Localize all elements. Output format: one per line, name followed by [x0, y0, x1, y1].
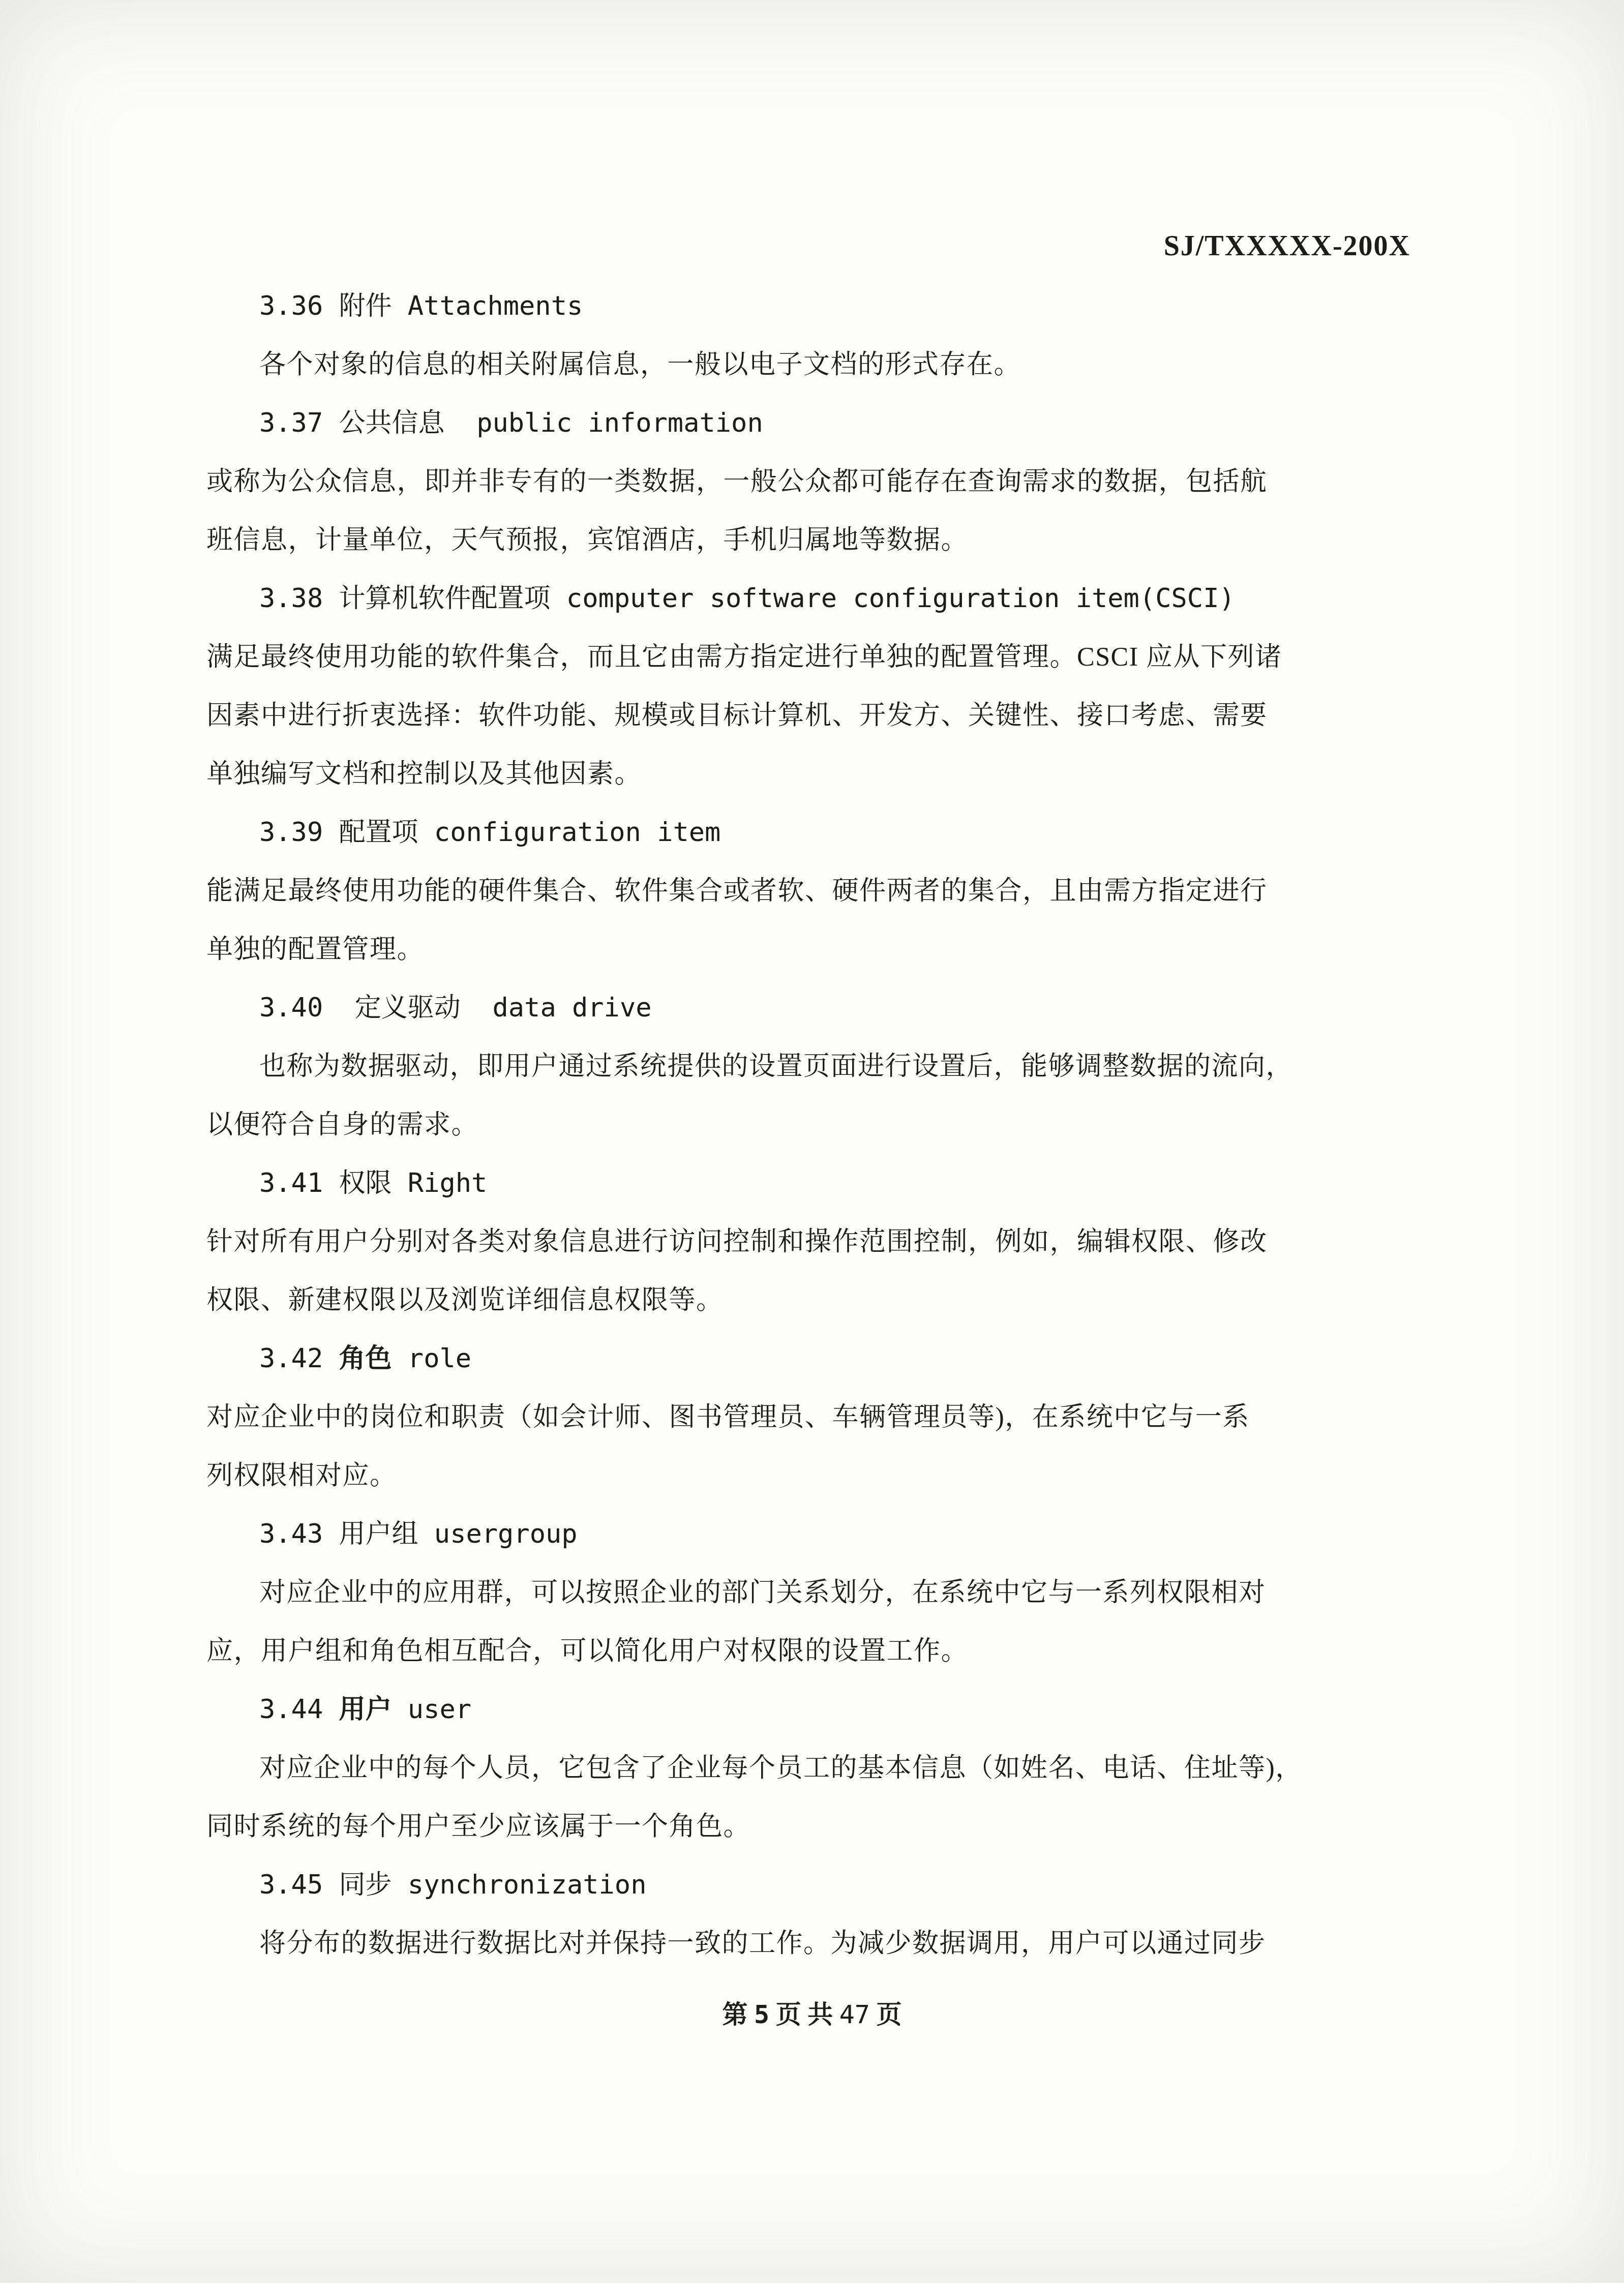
term-name-cn: 计算机软件配置项: [339, 584, 551, 613]
footer-suffix: 页: [870, 2000, 902, 2029]
definition-line: 能满足最终使用功能的硬件集合、软件集合或者软、硬件两者的集合，且由需方指定进行: [206, 862, 1427, 920]
term-name-cn: 公共信息: [339, 409, 445, 438]
term-section: 3.42 角色 role 对应企业中的岗位和职责（如会计师、图书管理员、车辆管理…: [206, 1330, 1427, 1505]
definition-line: 对应企业中的岗位和职责（如会计师、图书管理员、车辆管理员等)，在系统中它与一系: [206, 1388, 1427, 1447]
term-number: 3.40: [259, 993, 355, 1023]
term-number: 3.42: [259, 1343, 339, 1374]
definition-line: 同时系统的每个用户至少应该属于一个角色。: [206, 1797, 1427, 1856]
term-name-en: Attachments: [392, 291, 583, 321]
standard-number: SJ/TXXXXX-200X: [1164, 230, 1410, 262]
term-number: 3.37: [259, 408, 339, 438]
definition-line: 因素中进行折衷选择：软件功能、规模或目标计算机、开发方、关键性、接口考虑、需要: [206, 686, 1427, 745]
document-header: SJ/TXXXXX-200X: [1164, 230, 1410, 262]
term-section: 3.43 用户组 usergroup 对应企业中的应用群，可以按照企业的部门关系…: [206, 1505, 1427, 1680]
definition-line: 将分布的数据进行数据比对并保持一致的工作。为减少数据调用，用户可以通过同步: [206, 1914, 1427, 1973]
term-heading: 3.38 计算机软件配置项 computer software configur…: [206, 569, 1427, 628]
footer-mid: 页 共: [769, 2000, 839, 2029]
term-name-cn: 配置项: [339, 818, 418, 847]
footer-total-pages: 47: [839, 2000, 870, 2029]
term-heading: 3.40 定义驱动 data drive: [206, 979, 1427, 1037]
term-section: 3.37 公共信息 public information 或称为公众信息，即并非…: [206, 394, 1427, 569]
term-name-cn: 同步: [339, 1871, 392, 1900]
definition-line: 权限、新建权限以及浏览详细信息权限等。: [206, 1271, 1427, 1330]
terms-content: 3.36 附件 Attachments 各个对象的信息的相关附属信息，一般以电子…: [206, 277, 1427, 1973]
term-heading: 3.44 用户 user: [206, 1680, 1427, 1739]
definition-line: 或称为公众信息，即并非专有的一类数据，一般公众都可能存在查询需求的数据，包括航: [206, 453, 1427, 511]
term-heading: 3.37 公共信息 public information: [206, 394, 1427, 453]
term-number: 3.45: [259, 1870, 339, 1900]
footer-page-number: 5: [754, 2000, 769, 2029]
term-name-en: computer software configuration item(CSC…: [551, 583, 1235, 614]
term-number: 3.36: [259, 291, 339, 321]
definition-line: 班信息，计量单位，天气预报，宾馆酒店，手机归属地等数据。: [206, 511, 1427, 569]
term-name-en: configuration item: [418, 817, 721, 848]
term-heading: 3.45 同步 synchronization: [206, 1856, 1427, 1914]
definition-line: 各个对象的信息的相关附属信息，一般以电子文档的形式存在。: [206, 336, 1427, 394]
term-heading: 3.43 用户组 usergroup: [206, 1505, 1427, 1564]
term-section: 3.39 配置项 configuration item 能满足最终使用功能的硬件…: [206, 803, 1427, 979]
definition-line: 以便符合自身的需求。: [206, 1096, 1427, 1154]
term-heading: 3.42 角色 role: [206, 1330, 1427, 1388]
term-name-en: Right: [392, 1168, 488, 1198]
term-name-cn: 用户: [339, 1695, 392, 1724]
term-number: 3.41: [259, 1168, 339, 1198]
term-section: 3.36 附件 Attachments 各个对象的信息的相关附属信息，一般以电子…: [206, 277, 1427, 394]
term-name-en: data drive: [461, 993, 652, 1023]
term-number: 3.44: [259, 1694, 339, 1725]
term-name-en: user: [392, 1694, 472, 1725]
page-footer: 第 5 页 共 47 页: [0, 1986, 1624, 2044]
definition-line: 对应企业中的应用群，可以按照企业的部门关系划分，在系统中它与一系列权限相对: [206, 1564, 1427, 1622]
term-heading: 3.36 附件 Attachments: [206, 277, 1427, 336]
definition-line: 单独编写文档和控制以及其他因素。: [206, 745, 1427, 803]
term-section: 3.45 同步 synchronization 将分布的数据进行数据比对并保持一…: [206, 1856, 1427, 1973]
term-name-cn: 定义驱动: [355, 994, 461, 1023]
term-heading: 3.39 配置项 configuration item: [206, 803, 1427, 862]
definition-line: 也称为数据驱动，即用户通过系统提供的设置页面进行设置后，能够调整数据的流向，: [206, 1037, 1427, 1096]
document-page: SJ/TXXXXX-200X 3.36 附件 Attachments 各个对象的…: [0, 0, 1624, 2283]
term-name-cn: 权限: [339, 1169, 392, 1198]
term-name-cn: 用户组: [339, 1520, 418, 1549]
definition-line: 对应企业中的每个人员，它包含了企业每个员工的基本信息（如姓名、电话、住址等)，: [206, 1739, 1427, 1797]
term-name-en: public information: [445, 408, 763, 438]
definition-line: 应，用户组和角色相互配合，可以简化用户对权限的设置工作。: [206, 1622, 1427, 1680]
term-number: 3.39: [259, 817, 339, 848]
term-section: 3.40 定义驱动 data drive 也称为数据驱动，即用户通过系统提供的设…: [206, 979, 1427, 1154]
term-name-en: synchronization: [392, 1870, 647, 1900]
term-name-en: role: [392, 1343, 472, 1374]
term-name-cn: 附件: [339, 292, 392, 321]
definition-line: 单独的配置管理。: [206, 920, 1427, 979]
definition-line: 满足最终使用功能的软件集合，而且它由需方指定进行单独的配置管理。CSCI 应从下…: [206, 628, 1427, 686]
term-number: 3.43: [259, 1519, 339, 1549]
term-section: 3.41 权限 Right 针对所有用户分别对各类对象信息进行访问控制和操作范围…: [206, 1154, 1427, 1330]
definition-line: 针对所有用户分别对各类对象信息进行访问控制和操作范围控制，例如，编辑权限、修改: [206, 1213, 1427, 1271]
term-section: 3.38 计算机软件配置项 computer software configur…: [206, 569, 1427, 803]
term-number: 3.38: [259, 583, 339, 614]
footer-prefix: 第: [723, 2000, 755, 2029]
term-name-cn: 角色: [339, 1344, 392, 1373]
term-name-en: usergroup: [418, 1519, 578, 1549]
term-heading: 3.41 权限 Right: [206, 1154, 1427, 1213]
definition-line: 列权限相对应。: [206, 1447, 1427, 1505]
term-section: 3.44 用户 user 对应企业中的每个人员，它包含了企业每个员工的基本信息（…: [206, 1680, 1427, 1856]
